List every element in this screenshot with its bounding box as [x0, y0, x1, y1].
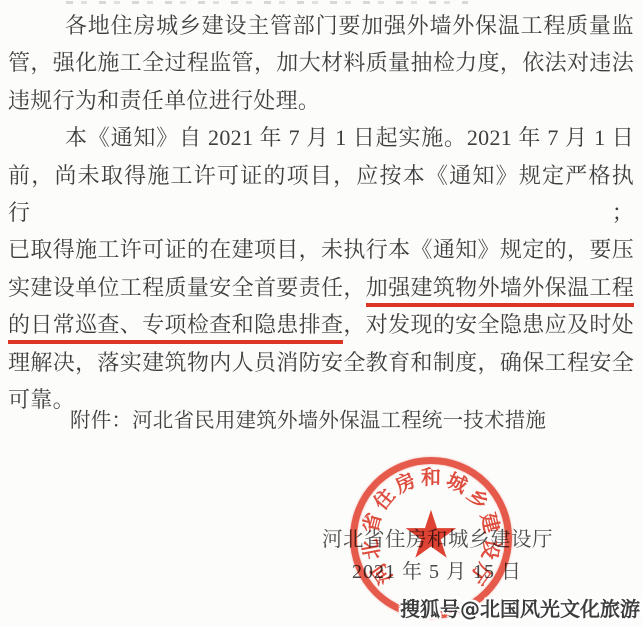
closing-block: 河北省住房和城乡建设厅 2021 年 5 月 15 日 ★ 河北省住房和城乡建设…: [0, 0, 642, 627]
document-page: 各地住房城乡建设主管部门要加强外墙外保温工程质量监管，强化施工全过程监管，加大材…: [0, 0, 642, 627]
seal-arc-char: 北: [359, 536, 385, 562]
seal-arc-char: 和: [420, 467, 442, 489]
sohu-watermark: 搜狐号@北国风光文化旅游: [400, 593, 640, 622]
seal-arc-char: 设: [477, 536, 503, 562]
seal-star-icon: ★: [401, 502, 460, 568]
